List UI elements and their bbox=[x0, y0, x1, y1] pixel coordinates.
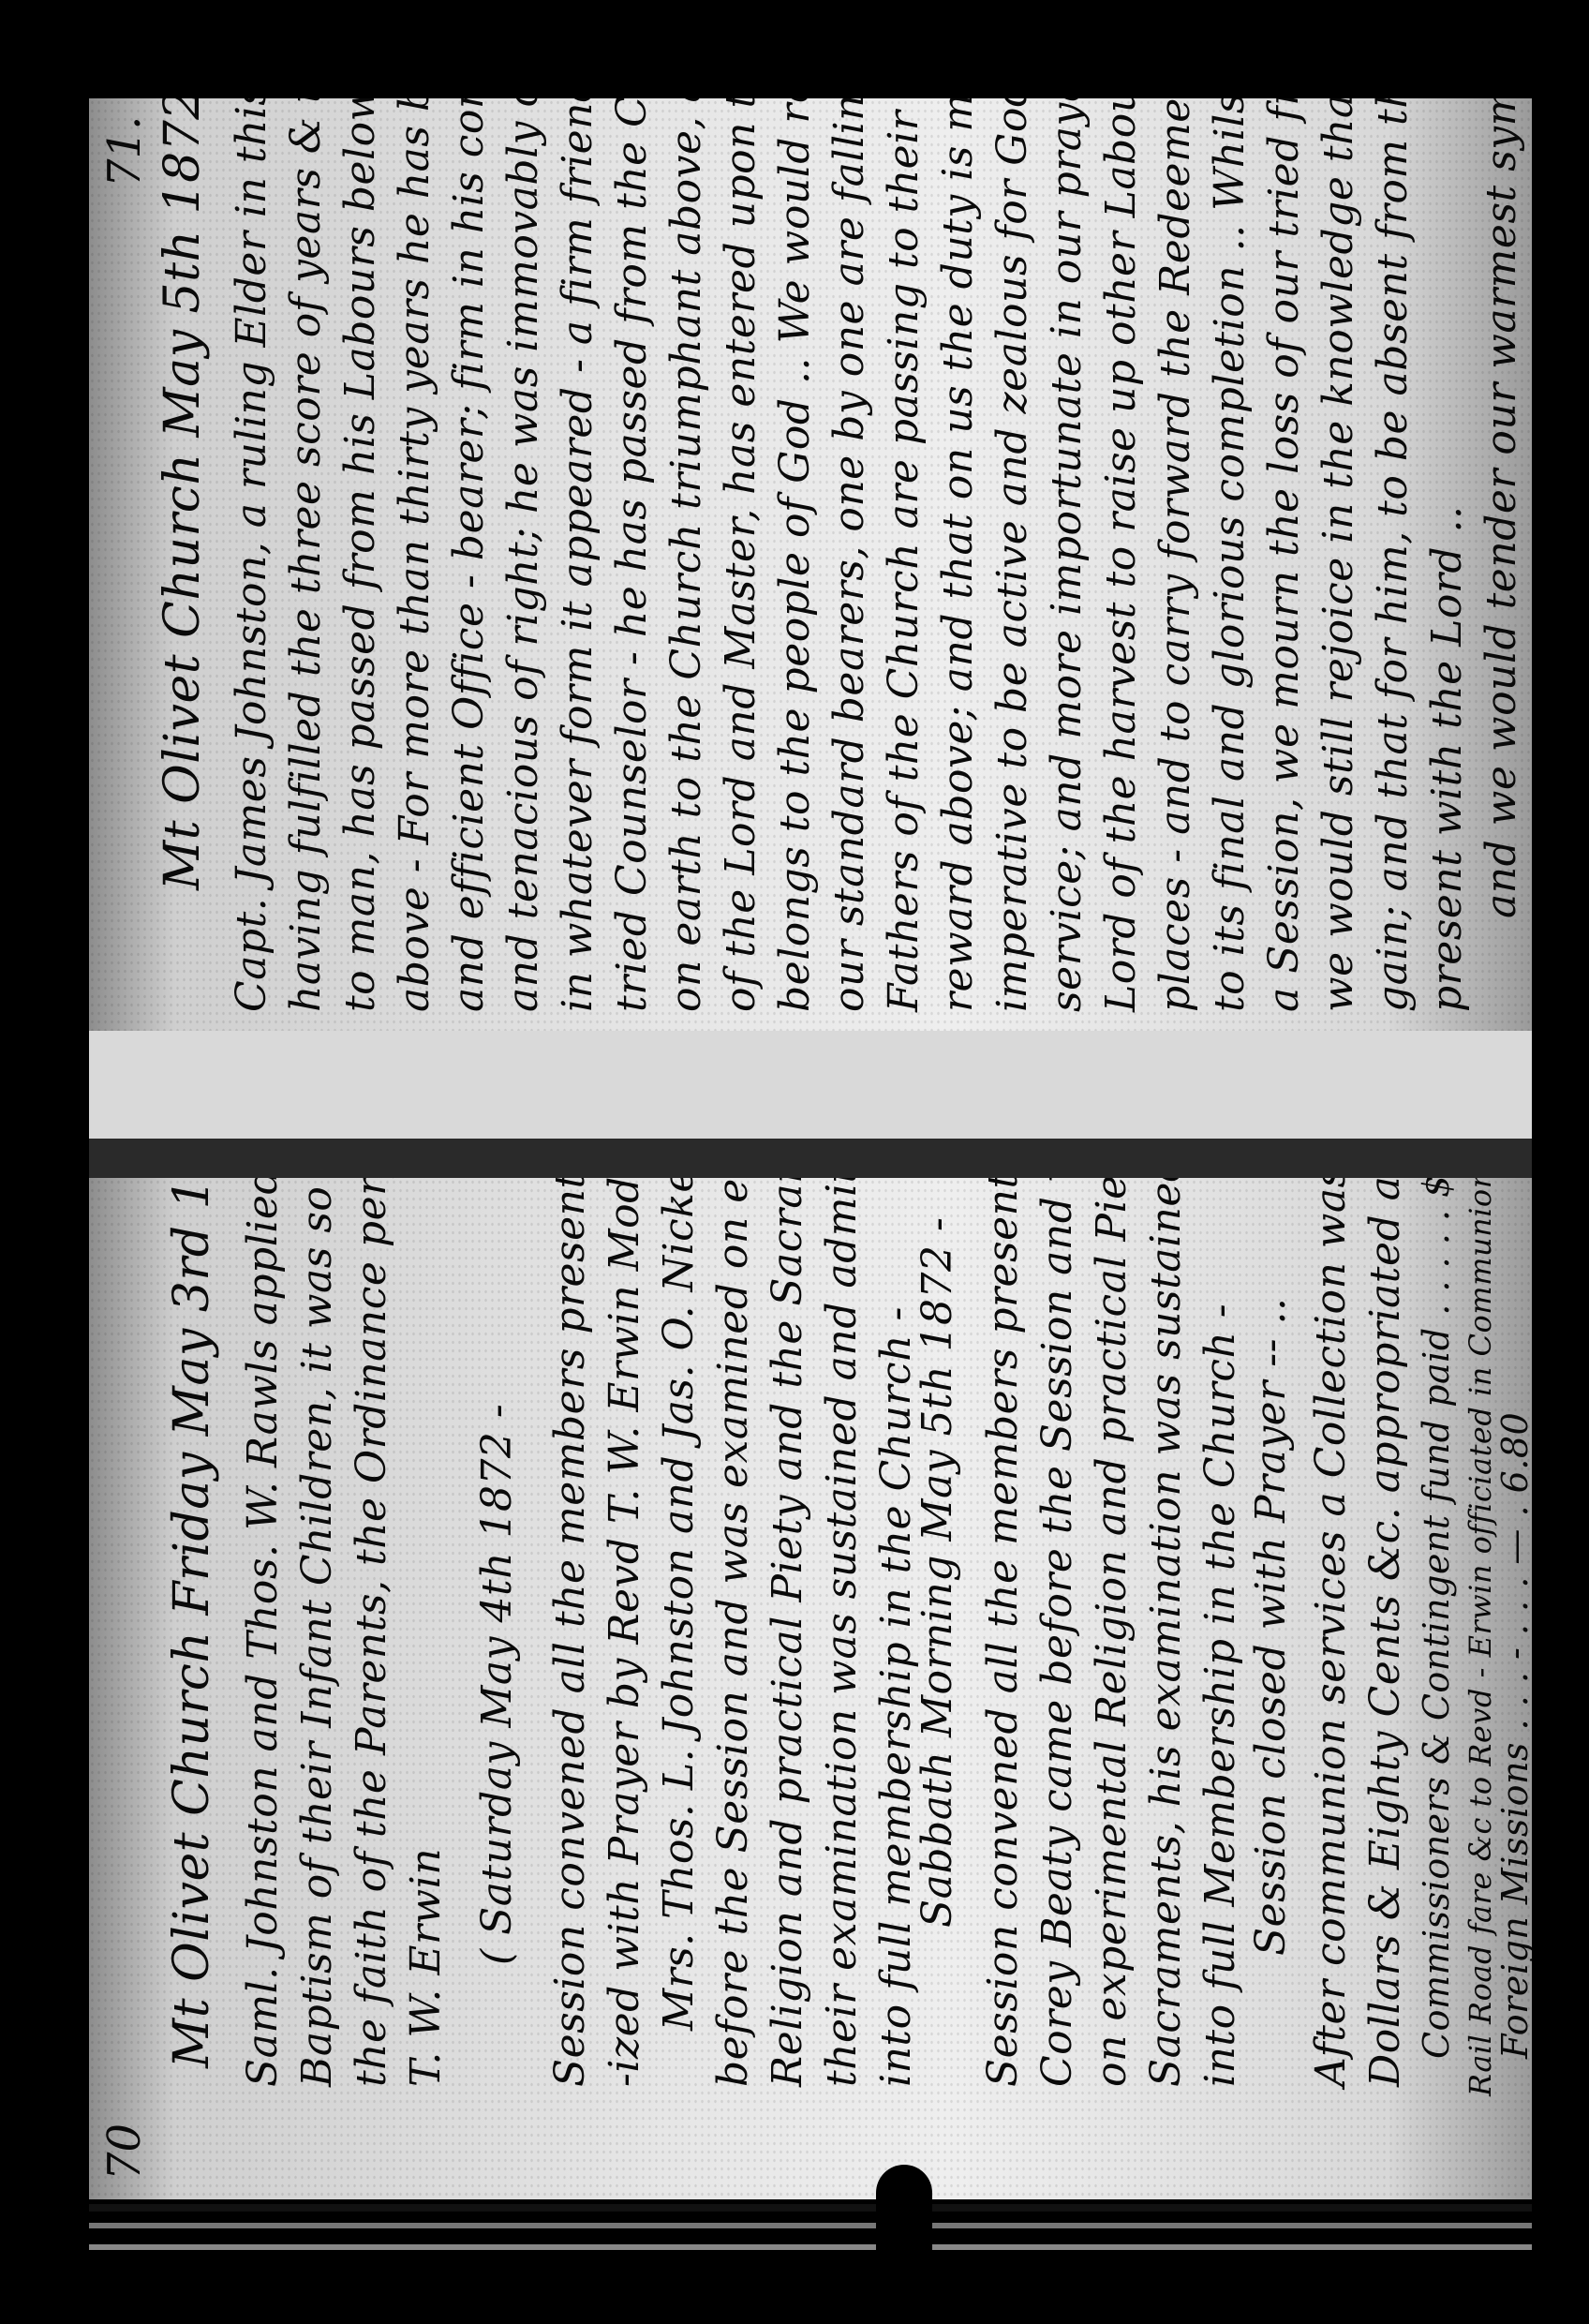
text-line: gain; and that for him, to be absent fro… bbox=[1369, 98, 1417, 1012]
collection-line: Commissioners & Contingent fund paid . .… bbox=[1416, 1178, 1457, 2059]
text-line: reward above; and that on us the duty is… bbox=[934, 98, 982, 1012]
text-line: Corey Beaty came before the Session and … bbox=[1033, 1178, 1081, 2087]
text-line: Mrs. Thos. L. Johnston and Jas. O. Nicke… bbox=[655, 1178, 703, 2031]
book-spine-shadow bbox=[89, 1139, 1532, 1178]
text-line: to man, has passed from his Labours belo… bbox=[336, 98, 384, 1012]
text-line: the faith of the Parents, the Ordinance … bbox=[348, 1178, 395, 2087]
text-line: Session convened all the members present… bbox=[979, 1178, 1027, 2087]
text-line: Capt. James Johnston, a ruling Elder in … bbox=[228, 98, 275, 1012]
text-line: belongs to the people of God .. We would… bbox=[771, 98, 819, 1012]
collection-line: Rail Road fare &c to Revd - Erwin offici… bbox=[1463, 1178, 1498, 2096]
text-line: our standard bearers, one by one are fal… bbox=[825, 98, 873, 1012]
text-line: Lord of the harvest to raise up other La… bbox=[1097, 98, 1145, 1012]
thumb-shadow bbox=[876, 2165, 932, 2324]
text-line: a Session, we mourn the loss of our trie… bbox=[1260, 98, 1308, 1012]
text-line: -ized with Prayer by Revd T. W. Erwin Mo… bbox=[601, 1178, 648, 2087]
text-line: Fathers of the Church are passing to the… bbox=[880, 111, 928, 1012]
book-edge-line bbox=[89, 2244, 1532, 2250]
text-line: Religion and practical Piety and the Sac… bbox=[764, 1178, 811, 2087]
text-line: Baptism of their Infant Children, it was… bbox=[293, 1178, 341, 2087]
text-line: their examination was sustained and admi… bbox=[818, 1178, 866, 2087]
page-number: 70 bbox=[98, 2123, 151, 2181]
text-line: Session closed with Prayer -- .. bbox=[1247, 1298, 1295, 1956]
text-line: to its final and glorious completion .. … bbox=[1206, 98, 1254, 1012]
text-line: of the Lord and Master, has entered upon… bbox=[717, 98, 765, 1012]
book-edge-line bbox=[89, 2204, 1532, 2212]
text-line: before the Session and was examined on e… bbox=[709, 1178, 757, 2087]
text-line: and tenacious of right; he was immovably… bbox=[499, 98, 547, 1012]
text-line: After communion services a Collection wa… bbox=[1307, 1178, 1355, 2087]
book-edge-line bbox=[89, 2223, 1532, 2228]
section-date: Sabbath Morning May 5th 1872 - bbox=[913, 1217, 961, 1928]
page-heading: Mt Olivet Church Friday May 3rd 1872 bbox=[164, 1178, 220, 2068]
text-line: Session convened all the members present… bbox=[546, 1178, 594, 2087]
text-line: T. W. Erwin bbox=[402, 1848, 450, 2087]
page-heading: Mt Olivet Church May 5th 1872 bbox=[155, 98, 211, 890]
text-line: present with the Lord .. bbox=[1423, 505, 1471, 1012]
left-page: 70 Mt Olivet Church Friday May 3rd 1872 … bbox=[89, 1178, 1532, 2199]
text-line: Sacraments, his examination was sustaine… bbox=[1142, 1178, 1190, 2087]
text-line: and we would tender our warmest sympathi… bbox=[1478, 98, 1525, 918]
right-page-text: 71. Mt Olivet Church May 5th 1872 Capt. … bbox=[89, 98, 1532, 1031]
page-gutter bbox=[89, 1031, 1532, 1139]
text-line: we would still rejoice in the knowledge … bbox=[1314, 98, 1362, 1012]
text-line: Saml. Johnston and Thos. W. Rawls applie… bbox=[239, 1178, 287, 2087]
text-line: Dollars & Eighty Cents &c. appropriated … bbox=[1361, 1178, 1409, 2087]
text-line: places - and to carry forward the Redeem… bbox=[1151, 98, 1199, 1012]
text-line: on earth to the Church triumphant above,… bbox=[662, 98, 710, 1012]
text-line: imperative to be active and zealous for … bbox=[988, 98, 1036, 1012]
text-line: above - For more than thirty years he ha… bbox=[391, 98, 438, 1012]
text-line: tried Counselor - he has passed from the… bbox=[608, 98, 656, 1012]
section-date: ( Saturday May 4th 1872 - bbox=[473, 1404, 521, 1965]
text-line: having fulfilled the three score of year… bbox=[282, 98, 330, 1012]
left-page-text: 70 Mt Olivet Church Friday May 3rd 1872 … bbox=[89, 1178, 1532, 2199]
right-page: 71. Mt Olivet Church May 5th 1872 Capt. … bbox=[89, 98, 1532, 1031]
text-line: service; and more importunate in our pra… bbox=[1043, 98, 1091, 1012]
text-line: into full Membership in the Church - bbox=[1196, 1304, 1244, 2087]
text-line: on experimental Religion and practical P… bbox=[1088, 1178, 1136, 2087]
text-line: and efficient Office - bearer; firm in h… bbox=[445, 98, 493, 1012]
page-number: 71. bbox=[98, 116, 151, 187]
collection-line: Foreign Missions . . . - . . . — . 6.80 bbox=[1494, 1412, 1532, 2059]
text-line: in whatever form it appeared - a firm fr… bbox=[554, 98, 601, 1012]
